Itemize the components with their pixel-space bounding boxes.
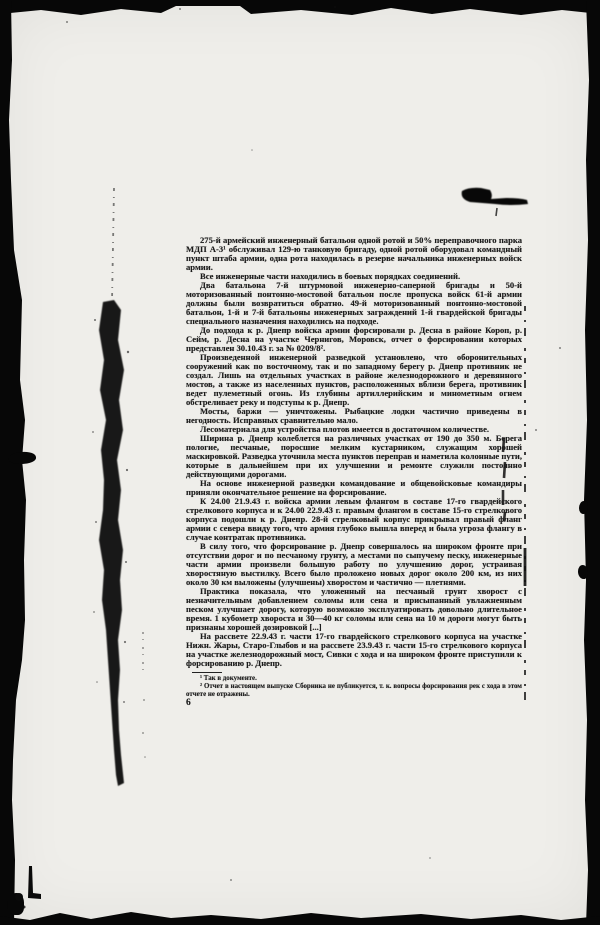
paragraph: Два батальона 7-й штурмовой инженерно-са… [186,281,522,326]
paragraph: Практика показала, что уложенный на песч… [186,587,522,632]
paragraph: На основе инженерной разведки командован… [186,479,522,497]
l-shaped-mark [28,866,41,899]
ink-blob-top-right [462,188,528,205]
paragraph: До подхода к р. Днепр войска армии форси… [186,326,522,353]
paragraph: В силу того, что форсирование р. Днепр с… [186,542,522,587]
ink-tick [496,208,497,216]
footnote: ² Отчет в настоящем выпуске Сборника не … [186,683,522,699]
paragraph: Ширина р. Днепр колеблется на различных … [186,434,522,479]
paragraph: К 24.00 21.9.43 г. войска армии левым фл… [186,497,522,542]
paragraph: Произведенной инженерной разведкой устан… [186,353,522,407]
paragraph: 275-й армейский инженерный батальон одно… [186,236,522,272]
paragraph: На рассвете 22.9.43 г. части 17-го гвард… [186,632,522,668]
paragraph: Мосты, баржи — уничтожены. Рыбацкие лодк… [186,407,522,425]
ink-blob-near-l-mark [15,893,23,901]
binding-streak-faint [112,188,114,302]
text-column: 275-й армейский инженерный батальон одно… [186,236,522,708]
footnote-rule [192,672,222,673]
scanned-document-page: 275-й армейский инженерный батальон одно… [0,0,600,925]
page-number: 6 [186,699,522,708]
footnote: ¹ Так в документе. [186,675,522,683]
ink-dot [23,906,26,909]
right-margin-dense-streak [524,548,527,586]
binding-streak [99,300,124,786]
